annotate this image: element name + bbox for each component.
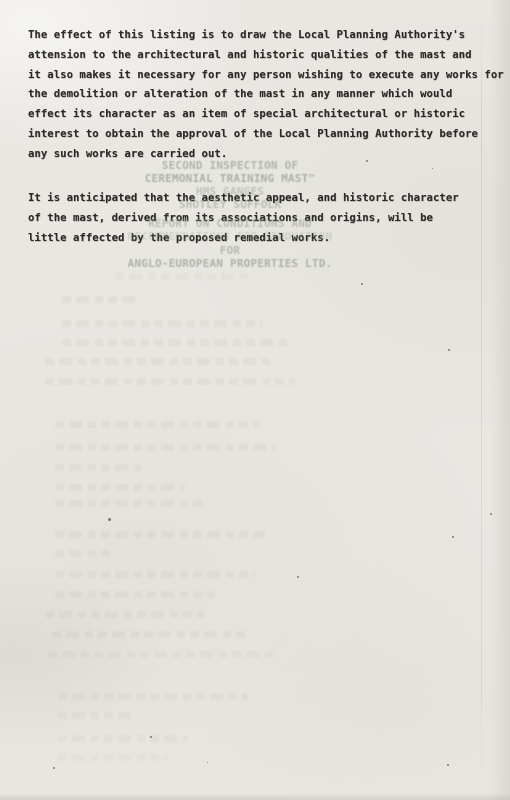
listing-effect-paragraph: The effect of this listing is to draw th… [28,26,510,165]
paper-speck [490,513,492,515]
bleedthrough-row [58,693,248,700]
bleedthrough-row [55,421,260,428]
bleedthrough-row [62,320,262,327]
bleedthrough-row [55,484,185,491]
bleedthrough-row [55,444,275,451]
bleedthrough-row [55,500,205,507]
paper-speck [448,349,450,351]
paper-speck [432,168,433,169]
paper-speck [207,762,208,763]
paper-speck [297,576,299,578]
bleedthrough-row [55,571,255,578]
bleedthrough-row [58,712,138,719]
bleedthrough-row [48,651,278,658]
bleedthrough-row [62,296,140,303]
paper-speck [53,767,55,769]
paper-speck [150,736,152,738]
remedial-works-paragraph: It is anticipated that the aesthetic app… [28,189,510,248]
ghost-title-line-8: ANGLO-EUROPEAN PROPERTIES LTD. [70,257,390,270]
bleedthrough-row [55,464,145,471]
paper-speck [447,764,449,766]
bleedthrough-row [55,531,265,538]
bleedthrough-row [45,378,295,385]
ghost-title-line-2: CEREMONIAL TRAINING MAST" [70,172,390,185]
bleedthrough-row [58,754,168,761]
bleedthrough-row [52,631,247,638]
paper-speck [366,160,368,162]
bleedthrough-row [45,611,205,618]
bleedthrough-row [55,550,115,557]
bleedthrough-row [115,273,250,280]
paper-speck [452,536,454,538]
paper-speck [108,518,111,521]
paper-crease [481,0,482,800]
bleedthrough-row [55,591,215,598]
bleedthrough-row [45,358,270,365]
scanned-page: The effect of this listing is to draw th… [0,0,510,800]
paper-speck [361,283,363,285]
bleedthrough-row [58,735,188,742]
bleedthrough-row [62,339,287,346]
